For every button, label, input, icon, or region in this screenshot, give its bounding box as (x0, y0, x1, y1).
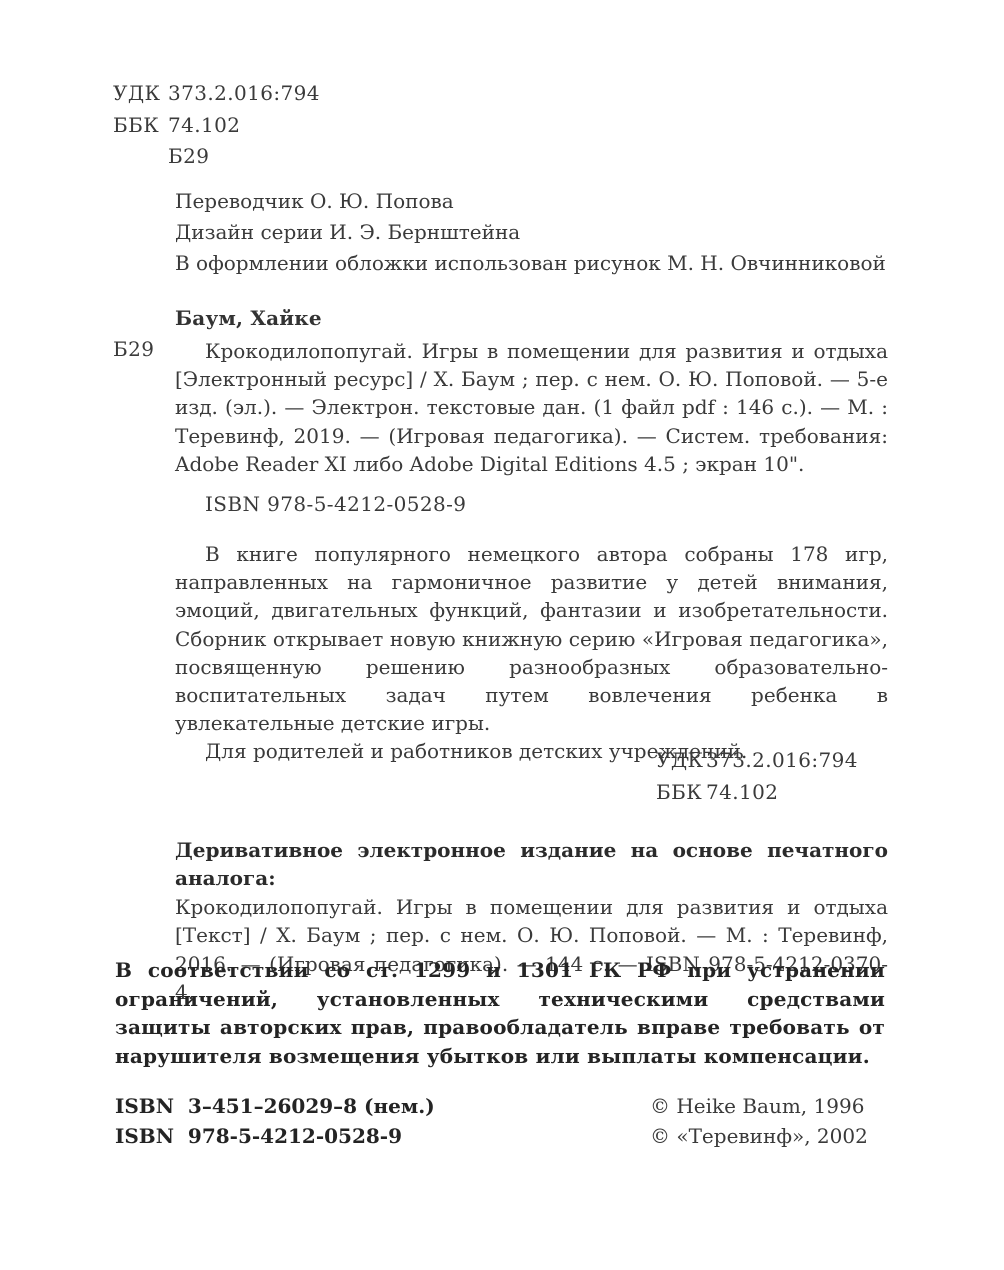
classification-codes-bottom: УДК 373.2.016:794 ББК 74.102 (656, 744, 858, 808)
derivative-heading: Деривативное электронное издание на осно… (175, 836, 888, 893)
udk-value-bottom: 373.2.016:794 (706, 744, 858, 776)
book-imprint-page: УДК 373.2.016:794 ББК 74.102 Б29 Перевод… (0, 0, 1004, 1270)
cover-art-credit: В оформлении обложки использован рисунок… (175, 248, 886, 279)
bbk-value: 74.102 (168, 110, 320, 142)
author-sign: Б29 (168, 141, 320, 173)
series-design-credit: Дизайн серии И. Э. Бернштейна (175, 217, 886, 248)
udk-value: 373.2.016:794 (168, 78, 320, 110)
classification-codes-top: УДК 373.2.016:794 ББК 74.102 Б29 (113, 78, 320, 173)
footer-isbn-block: ISBN 3–451–26029–8 (нем.) ISBN 978-5-421… (115, 1091, 435, 1151)
legal-notice: В соответствии со ст. 1299 и 1301 ГК РФ … (115, 956, 885, 1070)
annotation-block: В книге популярного немецкого автора соб… (175, 540, 888, 766)
catalog-description: Крокодилопопугай. Игры в помещении для р… (175, 337, 888, 478)
credits-block: Переводчик О. Ю. Попова Дизайн серии И. … (175, 186, 886, 279)
copyright-publisher: © «Теревинф», 2002 (650, 1121, 868, 1151)
catalog-margin-code: Б29 (113, 337, 154, 361)
annotation-paragraph: В книге популярного немецкого автора соб… (175, 540, 888, 737)
catalog-author: Баум, Хайке (175, 306, 322, 330)
bbk-value-bottom: 74.102 (706, 776, 858, 808)
udk-label-bottom: УДК (656, 744, 706, 776)
isbn-original: ISBN 3–451–26029–8 (нем.) (115, 1091, 435, 1121)
bbk-label-bottom: ББК (656, 776, 706, 808)
udk-label: УДК (113, 78, 168, 110)
bbk-label: ББК (113, 110, 168, 142)
catalog-isbn: ISBN 978-5-4212-0528-9 (205, 492, 466, 516)
translator-credit: Переводчик О. Ю. Попова (175, 186, 886, 217)
catalog-entry: Б29 Крокодилопопугай. Игры в помещении д… (113, 337, 888, 478)
isbn-ebook: ISBN 978-5-4212-0528-9 (115, 1121, 435, 1151)
copyright-author: © Heike Baum, 1996 (650, 1091, 868, 1121)
author-sign-spacer (113, 141, 168, 173)
footer-copyright-block: © Heike Baum, 1996 © «Теревинф», 2002 (650, 1091, 868, 1151)
